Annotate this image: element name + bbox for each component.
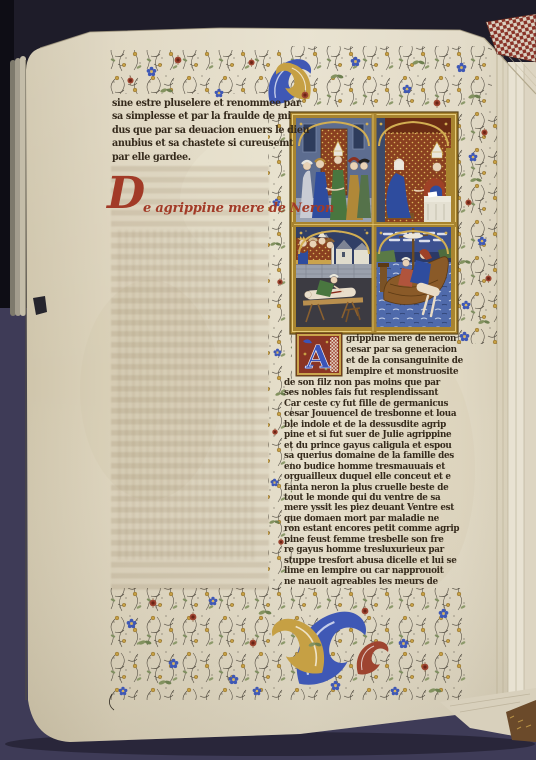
text-line: et du prince gayus caligula et espou: [284, 441, 463, 451]
rubric-text: e agrippine mere de Neron: [143, 202, 334, 215]
text-line: lempire et monstruosite: [346, 367, 463, 378]
text-line: ron estant encores petit comme agrip: [284, 524, 463, 534]
text-line: lime en lempire ou car napprouoit: [284, 566, 463, 576]
text-line: mere yssit les piez deuant Ventre est: [284, 503, 463, 513]
text-line: Car ceste cy fut fille de germanicus: [284, 399, 463, 409]
text-line: tout le monde qui du ventre de sa: [284, 493, 463, 503]
text-line: ble indole et de la dessusdite agrip: [284, 420, 463, 430]
opening-paragraph: sine estre pluselere et renommee par sa …: [112, 97, 309, 164]
text-line: fanta neron la plus cruelle beste de: [284, 483, 463, 493]
text-line: stuppe tresfort abusa dicelle et lui se: [284, 556, 463, 566]
text-line: que domaen mort par maladie ne: [284, 514, 463, 524]
text-line: ne nauoit agreables les meurs de: [284, 577, 463, 587]
text-line: dus que par sa deuacion enuers le dieu: [112, 124, 309, 138]
text-line: anubius et sa chastete si cureusemt: [112, 137, 309, 151]
text-line: orguailleux duquel elle conceut et e: [284, 472, 463, 482]
text-line: eno budice homme tresmauuais et: [284, 462, 463, 472]
manuscript-photograph: A sine estre pluselere et renommee par s…: [0, 0, 536, 760]
text-line: pine et si fut suer de Julie agrippine: [284, 430, 463, 440]
text-line: sa simplesse et par la fraulde de mi: [112, 110, 309, 124]
panel-burial-at-sea: [376, 227, 451, 327]
text-line: par elle gardee.: [112, 150, 309, 164]
panel-examination-of-body: [296, 227, 372, 327]
text-line: re gayus homme tresluxurieux par: [284, 545, 463, 555]
chapter-text-column: grippine mere de neron cesar par sa gene…: [284, 334, 463, 587]
text-line: et de la consanguinite de: [346, 356, 463, 367]
text-line: sine estre pluselere et renommee par: [112, 97, 309, 111]
text-line: sa querius domaine de la famille des: [284, 451, 463, 461]
rubric-initial: D: [107, 172, 145, 216]
text-line: ses nobles fais fut resplendissant: [284, 388, 463, 398]
text-line: grippine mere de neron: [346, 334, 463, 345]
miniature: [290, 112, 458, 334]
text-line: cesar par sa generacion: [346, 345, 463, 356]
text-line: de son filz non pas moins que par: [284, 378, 463, 388]
text-line: cesar Jouuencel de tresbonne et loua: [284, 409, 463, 419]
verso-text-showthrough-streaks: [118, 230, 258, 560]
panel-empress-and-emperor: [376, 118, 451, 222]
text-line: pine feust femme tresbelle son fre: [284, 535, 463, 545]
